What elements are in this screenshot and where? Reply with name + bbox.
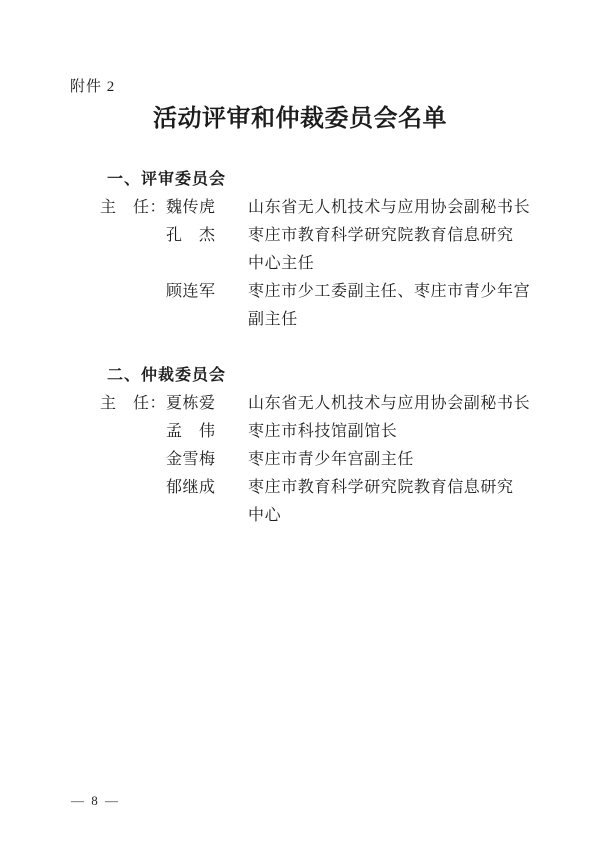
member-name: 顾连军 (166, 278, 216, 306)
member-title: 枣庄市科技馆副馆长 (248, 418, 544, 446)
role-label: 主 任： (100, 194, 166, 222)
document-page: 附件 2 活动评审和仲裁委员会名单 一、评审委员会 主 任： 魏传虎 山东省无人… (0, 0, 600, 852)
roster-row: 孔 杰 枣庄市教育科学研究院教育信息研究 中心主任 (100, 222, 550, 278)
section-arbitration-committee: 二、仲裁委员会 主 任： 夏栋爱 山东省无人机技术与应用协会副秘书长 孟 伟 枣… (100, 362, 550, 530)
attachment-label: 附件 2 (70, 78, 115, 96)
member-name: 夏栋爱 (166, 390, 216, 418)
roster-list: 主 任： 魏传虎 山东省无人机技术与应用协会副秘书长 孔 杰 枣庄市教育科学研究… (100, 194, 550, 334)
member-title: 山东省无人机技术与应用协会副秘书长 (248, 390, 544, 418)
member-name: 金雪梅 (166, 446, 216, 474)
roster-row: 主 任： 魏传虎 山东省无人机技术与应用协会副秘书长 (100, 194, 550, 222)
member-title: 山东省无人机技术与应用协会副秘书长 (248, 194, 544, 222)
member-name: 孔 杰 (166, 222, 216, 250)
section-heading: 二、仲裁委员会 (107, 362, 550, 390)
roster-list: 主 任： 夏栋爱 山东省无人机技术与应用协会副秘书长 孟 伟 枣庄市科技馆副馆长… (100, 390, 550, 530)
member-title: 枣庄市青少年宫副主任 (248, 446, 544, 474)
member-name: 郁继成 (166, 474, 216, 502)
section-review-committee: 一、评审委员会 主 任： 魏传虎 山东省无人机技术与应用协会副秘书长 孔 杰 枣… (100, 166, 550, 334)
member-name: 孟 伟 (166, 418, 216, 446)
roster-row: 孟 伟 枣庄市科技馆副馆长 (100, 418, 550, 446)
member-title: 枣庄市少工委副主任、枣庄市青少年宫 副主任 (248, 278, 544, 334)
member-title: 枣庄市教育科学研究院教育信息研究 中心主任 (248, 222, 544, 278)
member-title: 枣庄市教育科学研究院教育信息研究 中心 (248, 474, 544, 530)
member-name: 魏传虎 (166, 194, 216, 222)
document-body: 一、评审委员会 主 任： 魏传虎 山东省无人机技术与应用协会副秘书长 孔 杰 枣… (100, 166, 550, 530)
page-number: — 8 — (71, 793, 120, 809)
section-heading: 一、评审委员会 (107, 166, 550, 194)
roster-row: 金雪梅 枣庄市青少年宫副主任 (100, 446, 550, 474)
page-title: 活动评审和仲裁委员会名单 (0, 98, 600, 133)
roster-row: 郁继成 枣庄市教育科学研究院教育信息研究 中心 (100, 474, 550, 530)
role-label: 主 任： (100, 390, 166, 418)
roster-row: 主 任： 夏栋爱 山东省无人机技术与应用协会副秘书长 (100, 390, 550, 418)
roster-row: 顾连军 枣庄市少工委副主任、枣庄市青少年宫 副主任 (100, 278, 550, 334)
